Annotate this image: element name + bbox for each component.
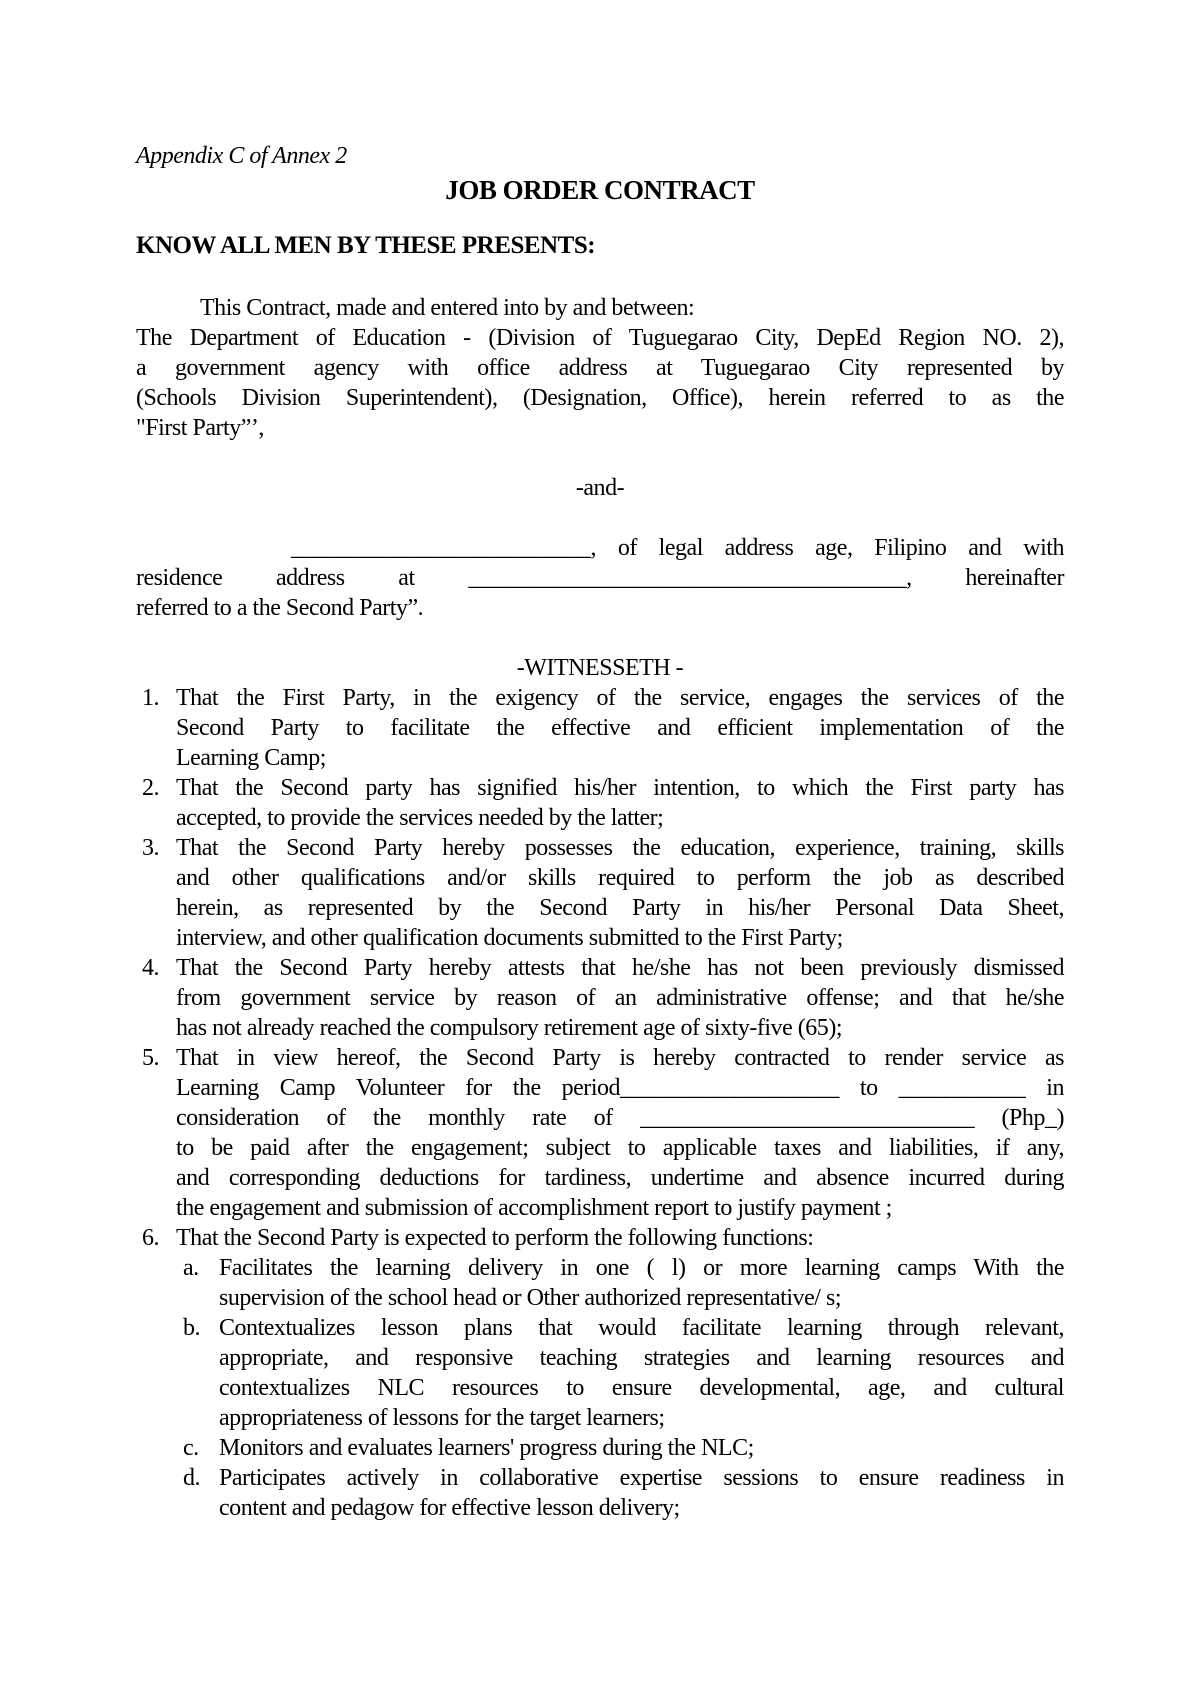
clause-number: 3.	[136, 833, 176, 953]
clause-item: 1. That the First Party, in the exigency…	[136, 683, 1064, 773]
second-party-paragraph: __________________________, of legal add…	[136, 533, 1064, 623]
function-line: contextualizes NLC resources to ensure d…	[219, 1373, 1064, 1403]
document-title: JOB ORDER CONTRACT	[136, 175, 1064, 205]
clause-number: 4.	[136, 953, 176, 1043]
clause-line: That the Second party has signified his/…	[176, 773, 1064, 803]
salutation-heading: KNOW ALL MEN BY THESE PRESENTS:	[136, 231, 1064, 261]
function-line: content and pedagow for effective lesson…	[219, 1493, 1064, 1523]
appendix-label: Appendix C of Annex 2	[136, 141, 1064, 171]
intro-paragraph: This Contract, made and entered into by …	[136, 293, 1064, 443]
function-line: Participates actively in collaborative e…	[219, 1463, 1064, 1493]
clause-line: That the First Party, in the exigency of…	[176, 683, 1064, 713]
clause-number: 5.	[136, 1043, 176, 1223]
paragraph-line: (Schools Division Superintendent), (Desi…	[136, 383, 1064, 413]
function-item: a. Facilitates the learning delivery in …	[176, 1253, 1064, 1313]
function-line: appropriate, and responsive teaching str…	[219, 1343, 1064, 1373]
witnesseth-heading: -WITNESSETH -	[136, 653, 1064, 683]
clause-line: the engagement and submission of accompl…	[176, 1193, 1064, 1223]
clause-line: That the Second Party hereby attests tha…	[176, 953, 1064, 983]
clause-line: That the Second Party hereby possesses t…	[176, 833, 1064, 863]
clause-line: Learning Camp Volunteer for the period__…	[176, 1073, 1064, 1103]
clause-line: to be paid after the engagement; subject…	[176, 1133, 1064, 1163]
function-letter: d.	[183, 1463, 219, 1523]
clause-item: 4. That the Second Party hereby attests …	[136, 953, 1064, 1043]
paragraph-line: referred to a the Second Party”.	[136, 593, 1064, 623]
clause-line: accepted, to provide the services needed…	[176, 803, 1064, 833]
clause-number: 2.	[136, 773, 176, 833]
clause-line: consideration of the monthly rate of ___…	[176, 1103, 1064, 1133]
function-letter: a.	[183, 1253, 219, 1313]
clause-item: 5. That in view hereof, the Second Party…	[136, 1043, 1064, 1223]
clause-line: from government service by reason of an …	[176, 983, 1064, 1013]
clause-line: and corresponding deductions for tardine…	[176, 1163, 1064, 1193]
function-item: b. Contextualizes lesson plans that woul…	[176, 1313, 1064, 1433]
clause-number: 1.	[136, 683, 176, 773]
paragraph-line: __________________________, of legal add…	[136, 533, 1064, 563]
paragraph-line: residence address at ___________________…	[136, 563, 1064, 593]
function-line: supervision of the school head or Other …	[219, 1283, 1064, 1313]
clause-line: has not already reached the compulsory r…	[176, 1013, 1064, 1043]
clause-item: 2. That the Second party has signified h…	[136, 773, 1064, 833]
clause-line: herein, as represented by the Second Par…	[176, 893, 1064, 923]
clause-item: 6. That the Second Party is expected to …	[136, 1223, 1064, 1523]
function-item: d. Participates actively in collaborativ…	[176, 1463, 1064, 1523]
function-line: Monitors and evaluates learners' progres…	[219, 1433, 1064, 1463]
function-letter: c.	[183, 1433, 219, 1463]
function-line: Contextualizes lesson plans that would f…	[219, 1313, 1064, 1343]
paragraph-line: a government agency with office address …	[136, 353, 1064, 383]
and-separator: -and-	[136, 473, 1064, 503]
clause-line: Second Party to facilitate the effective…	[176, 713, 1064, 743]
clause-item: 3. That the Second Party hereby possesse…	[136, 833, 1064, 953]
paragraph-line: The Department of Education - (Division …	[136, 323, 1064, 353]
contract-document: Appendix C of Annex 2 JOB ORDER CONTRACT…	[0, 0, 1200, 1696]
paragraph-line: This Contract, made and entered into by …	[136, 293, 1064, 323]
clause-number: 6.	[136, 1223, 176, 1523]
function-letter: b.	[183, 1313, 219, 1433]
clause-line: That in view hereof, the Second Party is…	[176, 1043, 1064, 1073]
paragraph-line: "First Party”’,	[136, 413, 1064, 443]
functions-list: a. Facilitates the learning delivery in …	[176, 1253, 1064, 1523]
clause-line: and other qualifications and/or skills r…	[176, 863, 1064, 893]
function-line: Facilitates the learning delivery in one…	[219, 1253, 1064, 1283]
clause-line: That the Second Party is expected to per…	[176, 1223, 1064, 1253]
clauses-list: 1. That the First Party, in the exigency…	[136, 683, 1064, 1523]
function-item: c. Monitors and evaluates learners' prog…	[176, 1433, 1064, 1463]
clause-line: Learning Camp;	[176, 743, 1064, 773]
clause-line: interview, and other qualification docum…	[176, 923, 1064, 953]
function-line: appropriateness of lessons for the targe…	[219, 1403, 1064, 1433]
